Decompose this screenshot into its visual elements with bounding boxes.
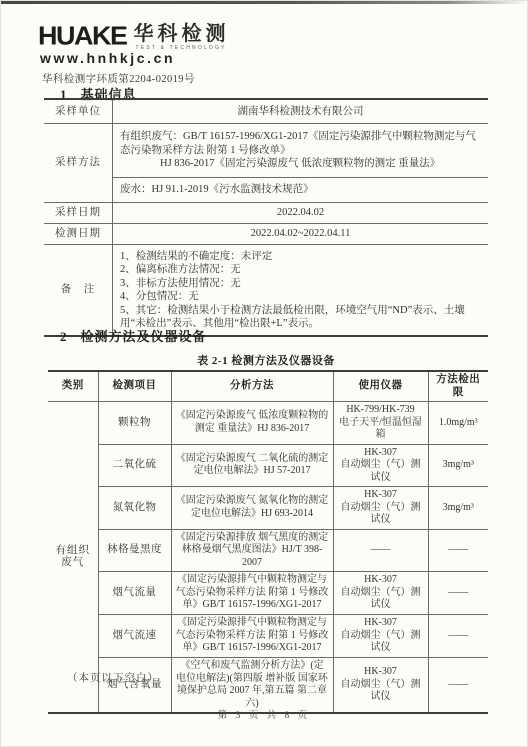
instrument-cell: HK-307 自动烟尘（气）测试仪 <box>333 444 428 487</box>
sampling-date-value: 2022.04.02 <box>113 203 489 224</box>
instrument-line: 自动烟尘（气）测试仪 <box>338 587 424 612</box>
table2-caption: 表 2-1 检测方法及仪器设备 <box>44 352 488 368</box>
item-cell: 烟气流量 <box>98 572 171 615</box>
table-row-sampling-method: 采样方法 有组织废气：GB/T 16157-1996/XG1-2017《固定污染… <box>44 124 488 178</box>
sampling-method-gas-line1: 有组织废气：GB/T 16157-1996/XG1-2017《固定污染源排气中颗… <box>120 130 481 157</box>
col-header-category: 类别 <box>48 371 98 402</box>
method-cell: 《固定污染源废气 低浓度颗粒物的测定 重量法》HJ 836-2017 <box>171 402 333 445</box>
category-line: 废气 <box>52 557 94 570</box>
methods-instruments-table: 类别 检测项目 分析方法 使用仪器 方法检出限 有组织 废气 颗粒物 《固定污染… <box>48 370 488 714</box>
row-label: 备 注 <box>44 245 113 337</box>
logo-cn-block: 华科检测 TEST & TECHNOLOGY <box>134 23 230 51</box>
page-number: 第 3 页 共 8 页 <box>1 707 527 721</box>
scan-edge-artifact <box>1 1 527 4</box>
instrument-line: —— <box>338 544 424 557</box>
table-row-sampling-unit: 采样单位 湖南华科检测技术有限公司 <box>44 99 488 124</box>
table-row-particulate: 有组织 废气 颗粒物 《固定污染源废气 低浓度颗粒物的测定 重量法》HJ 836… <box>48 402 488 445</box>
remarks-value: 1、检测结果的不确定度：未评定 2、偏离标准方法情况：无 3、非标方法使用情况：… <box>113 245 489 337</box>
limit-cell: 3mg/m³ <box>428 487 488 530</box>
col-header-item: 检测项目 <box>98 371 171 402</box>
item-cell: 氮氧化物 <box>98 487 171 530</box>
item-cell: 二氧化硫 <box>98 444 171 487</box>
limit-cell: —— <box>428 658 488 714</box>
instrument-cell: —— <box>333 529 428 572</box>
item-cell: 颗粒物 <box>98 402 171 445</box>
table-row-flue-gas-velocity: 烟气流速 《固定污染源排气中颗粒物测定与气态污染物采样方法 附第 1 号修改单》… <box>48 615 488 658</box>
test-date-value: 2022.04.02~2022.04.11 <box>113 224 489 245</box>
report-page: HUAKE 华科检测 TEST & TECHNOLOGY www.hnhkjc.… <box>0 0 528 747</box>
sampling-unit-value: 湖南华科检测技术有限公司 <box>113 99 489 124</box>
item-cell: 烟气流速 <box>98 615 171 658</box>
section2-title: 检测方法及仪器设备 <box>81 329 207 344</box>
method-cell: 《固定污染源排气中颗粒物测定与气态污染物采样方法 附第 1 号修改单》GB/T … <box>171 615 333 658</box>
instrument-cell: HK-307 自动烟尘（气）测试仪 <box>333 658 428 714</box>
sampling-method-gas-value: 有组织废气：GB/T 16157-1996/XG1-2017《固定污染源排气中颗… <box>113 124 489 178</box>
limit-cell: —— <box>428 572 488 615</box>
row-label: 采样日期 <box>44 203 113 224</box>
method-cell: 《固定污染源排放 烟气黑度的测定 林格曼烟气黑度图法》HJ/T 398-2007 <box>171 529 333 572</box>
limit-cell: —— <box>428 529 488 572</box>
col-header-limit: 方法检出限 <box>428 371 488 402</box>
item-cell: 林格曼黑度 <box>98 529 171 572</box>
instrument-cell: HK-307 自动烟尘（气）测试仪 <box>333 615 428 658</box>
row-label: 采样单位 <box>44 99 113 124</box>
basic-info-table: 采样单位 湖南华科检测技术有限公司 采样方法 有组织废气：GB/T 16157-… <box>44 98 488 337</box>
limit-cell: —— <box>428 615 488 658</box>
instrument-line: HK-307 <box>338 617 424 630</box>
remark-line: 2、偏离标准方法情况：无 <box>120 263 481 277</box>
method-cell: 《固定污染源废气 二氧化硫的测定 定电位电解法》HJ 57-2017 <box>171 444 333 487</box>
table-row-test-date: 检测日期 2022.04.02~2022.04.11 <box>44 224 488 245</box>
section2-heading: 2检测方法及仪器设备 <box>60 326 207 345</box>
instrument-line: 自动烟尘（气）测试仪 <box>338 679 424 704</box>
table-row-so2: 二氧化硫 《固定污染源废气 二氧化硫的测定 定电位电解法》HJ 57-2017 … <box>48 444 488 487</box>
table-row-sampling-date: 采样日期 2022.04.02 <box>44 203 488 224</box>
remark-line: 3、非标方法使用情况：无 <box>120 277 481 291</box>
row-label: 检测日期 <box>44 224 113 245</box>
limit-cell: 3mg/m³ <box>428 444 488 487</box>
instrument-line: 电子天平/恒温恒湿箱 <box>338 417 424 442</box>
remark-line: 1、检测结果的不确定度：未评定 <box>120 250 481 264</box>
method-cell: 《空气和废气监测分析方法》(定电位电解法)(第四版 增补版 国家环境保护总局 2… <box>171 658 333 714</box>
instrument-line: HK-307 <box>338 447 424 460</box>
instrument-cell: HK-799/HK-739 电子天平/恒温恒湿箱 <box>333 402 428 445</box>
logo-wordmark-cn: 华科检测 <box>134 24 230 44</box>
blank-below-note: （本页以下空白） <box>67 670 159 685</box>
col-header-method: 分析方法 <box>171 371 333 402</box>
instrument-line: 自动烟尘（气）测试仪 <box>338 630 424 655</box>
instrument-line: 自动烟尘（气）测试仪 <box>338 502 424 527</box>
instrument-line: HK-307 <box>338 666 424 679</box>
row-label: 采样方法 <box>44 124 113 203</box>
instrument-cell: HK-307 自动烟尘（气）测试仪 <box>333 572 428 615</box>
limit-cell: 1.0mg/m³ <box>428 402 488 445</box>
instrument-line: HK-799/HK-739 <box>338 404 424 417</box>
table-row-nox: 氮氧化物 《固定污染源废气 氮氧化物的测定 定电位电解法》HJ 693-2014… <box>48 487 488 530</box>
table-row-oxygen-content: 烟气含氧量 《空气和废气监测分析方法》(定电位电解法)(第四版 增补版 国家环境… <box>48 658 488 714</box>
logo-website: www.hnhkjc.cn <box>40 50 175 66</box>
table-row-remarks: 备 注 1、检测结果的不确定度：未评定 2、偏离标准方法情况：无 3、非标方法使… <box>44 245 488 337</box>
remark-line: 4、分包情况：无 <box>120 290 481 304</box>
section2-number: 2 <box>60 329 68 344</box>
sampling-method-gas-line2: HJ 836-2017《固定污染源废气 低浓度颗粒物的测定 重量法》 <box>120 157 481 171</box>
sampling-method-water-value: 废水：HJ 91.1-2019《污水监测技术规范》 <box>113 178 489 203</box>
category-line: 有组织 <box>52 545 94 558</box>
method-cell: 《固定污染源排气中颗粒物测定与气态污染物采样方法 附第 1 号修改单》GB/T … <box>171 572 333 615</box>
logo-wordmark-en: HUAKE <box>38 24 127 49</box>
instrument-line: HK-307 <box>338 574 424 587</box>
company-logo: HUAKE 华科检测 TEST & TECHNOLOGY <box>38 23 230 51</box>
instrument-cell: HK-307 自动烟尘（气）测试仪 <box>333 487 428 530</box>
item-cell: 烟气含氧量 <box>98 658 171 714</box>
method-cell: 《固定污染源废气 氮氧化物的测定 定电位电解法》HJ 693-2014 <box>171 487 333 530</box>
table-header-row: 类别 检测项目 分析方法 使用仪器 方法检出限 <box>48 371 488 402</box>
category-cell: 有组织 废气 <box>48 402 98 714</box>
table-row-ringelmann: 林格曼黑度 《固定污染源排放 烟气黑度的测定 林格曼烟气黑度图法》HJ/T 39… <box>48 529 488 572</box>
instrument-line: 自动烟尘（气）测试仪 <box>338 459 424 484</box>
col-header-instrument: 使用仪器 <box>333 371 428 402</box>
table-row-flue-gas-flow: 烟气流量 《固定污染源排气中颗粒物测定与气态污染物采样方法 附第 1 号修改单》… <box>48 572 488 615</box>
instrument-line: HK-307 <box>338 489 424 502</box>
